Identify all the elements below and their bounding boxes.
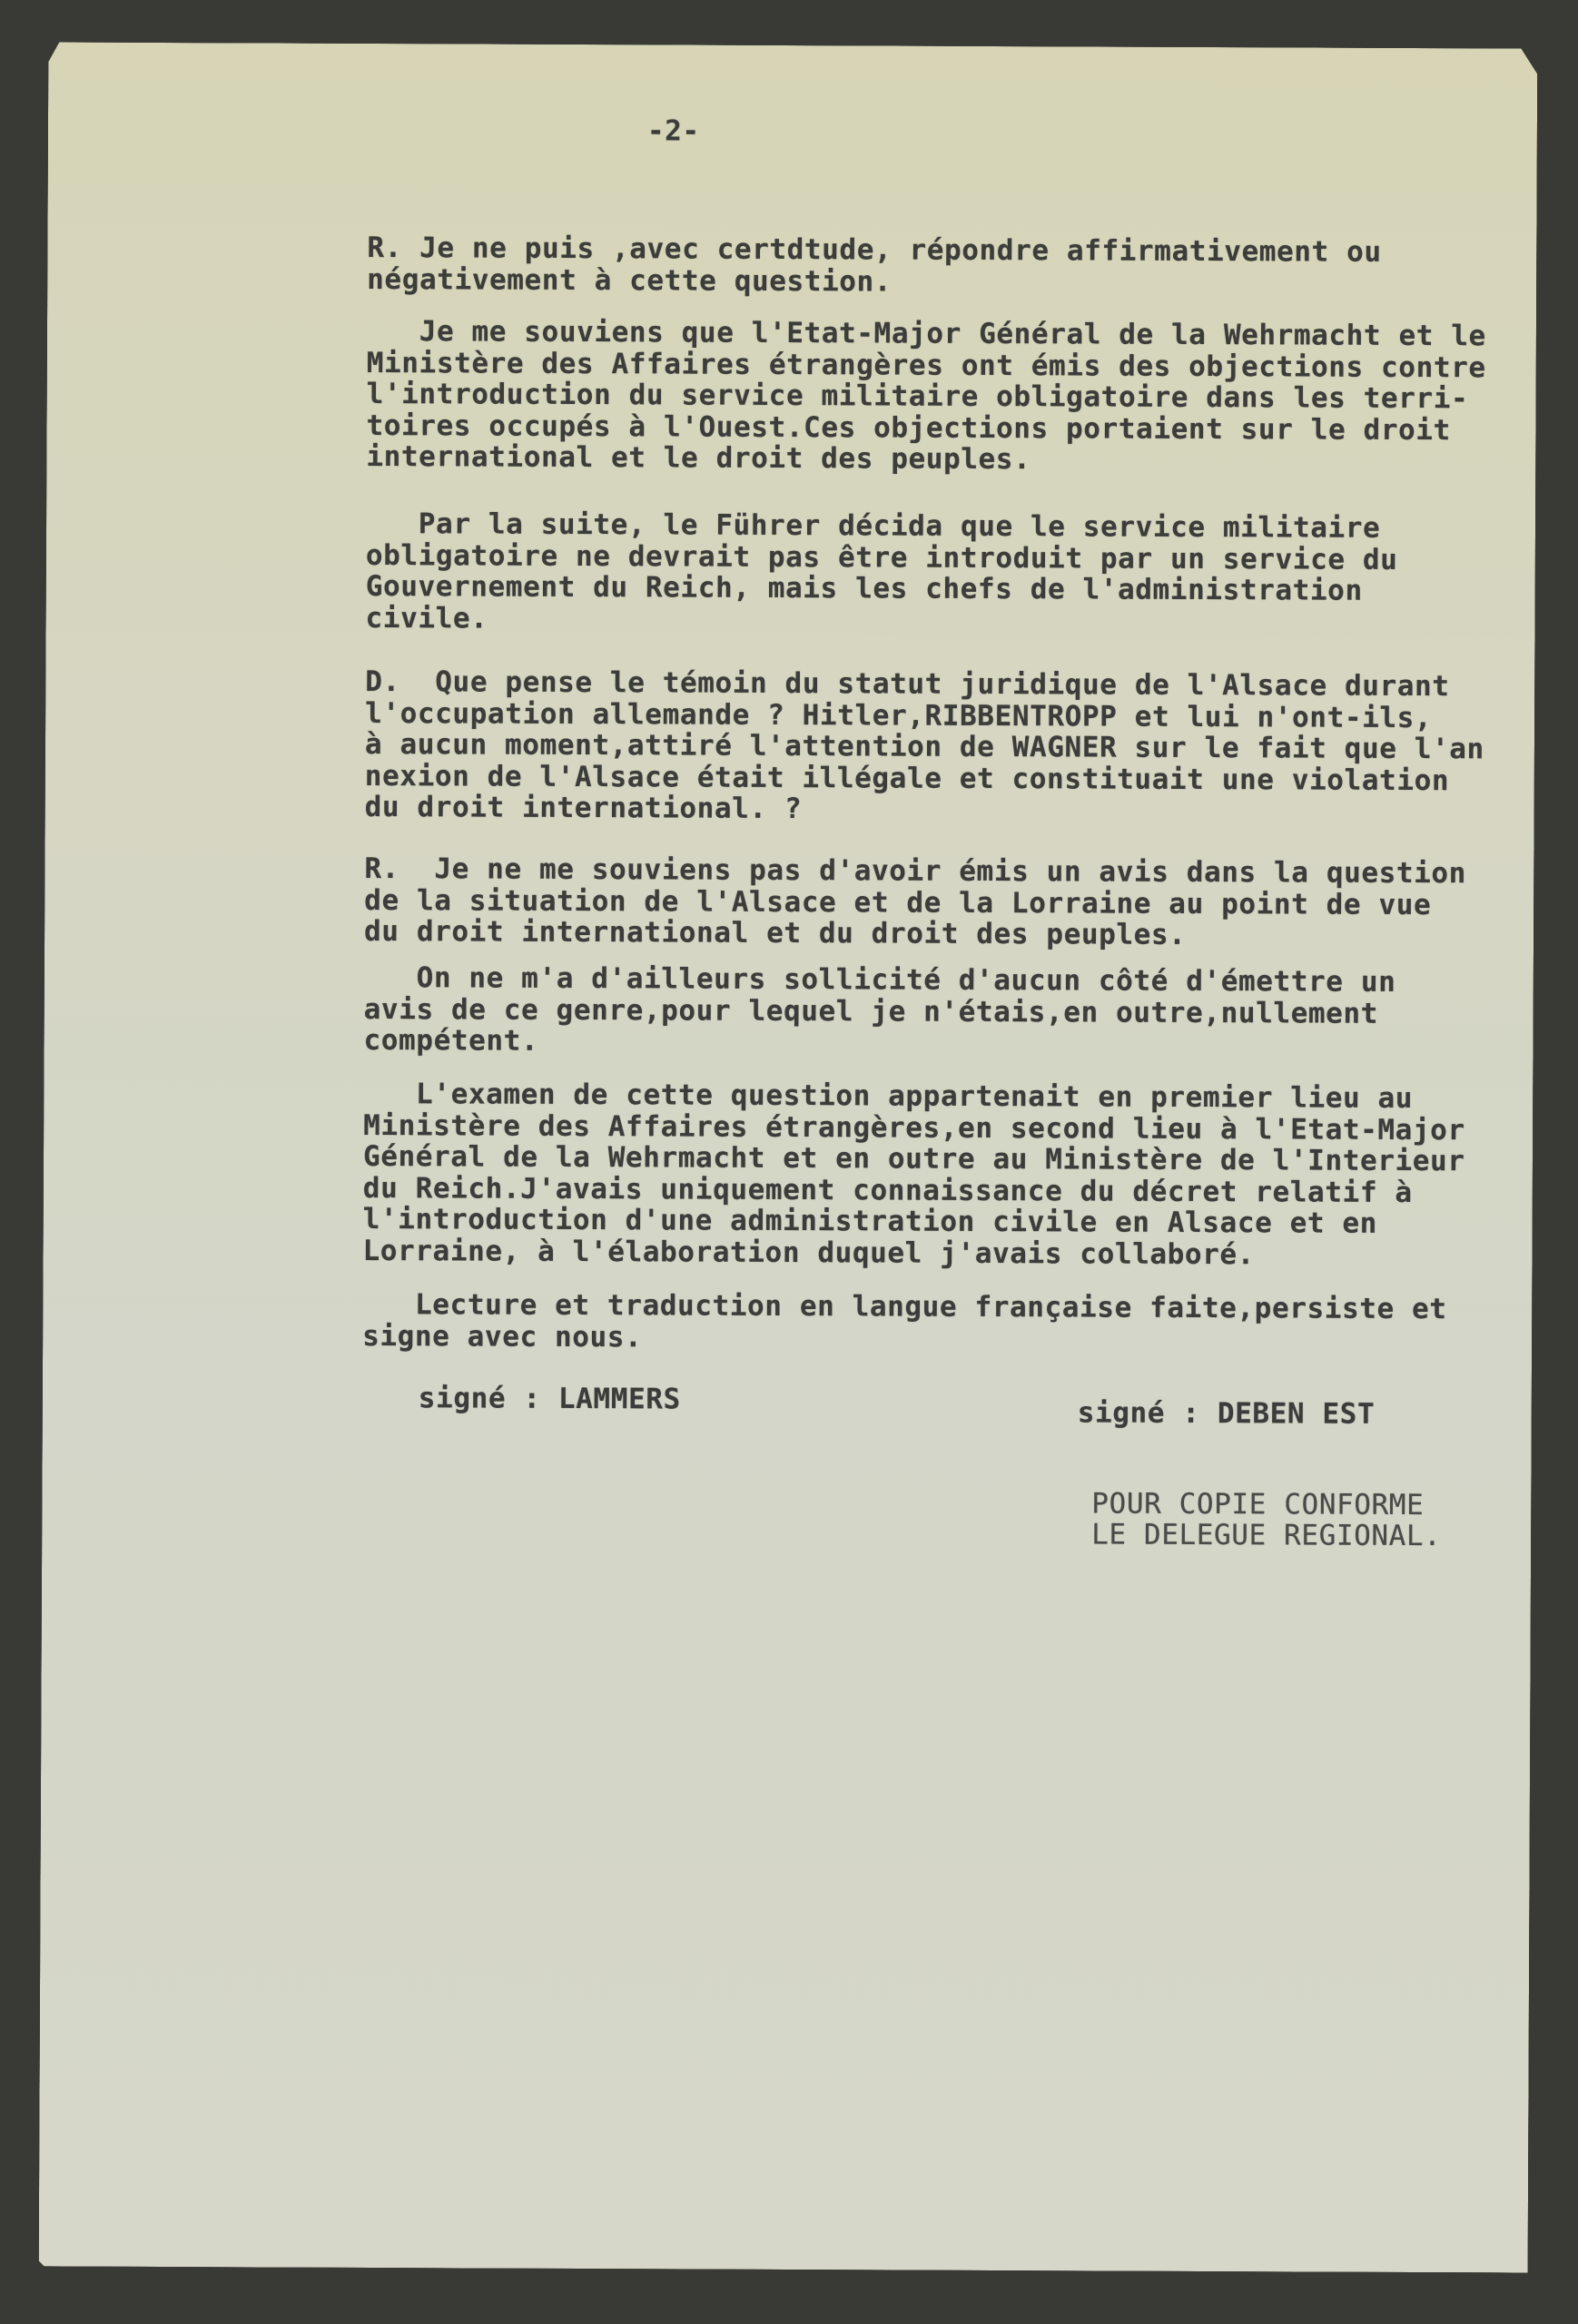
paragraph-question-d: D. Que pense le témoin du statut juridiq… (365, 666, 1485, 828)
text-line: compétent. (363, 1024, 538, 1058)
paragraph-answer-1: R. Je ne puis ,avec certdtude, répondre … (367, 232, 1382, 300)
paragraph-reading: Lecture et traduction en langue français… (362, 1289, 1447, 1356)
document-page: -2- R. Je ne puis ,avec certdtude, répon… (39, 42, 1538, 2272)
paragraph-fuhrer-decision: Par la suite, le Führer décida que le se… (366, 508, 1398, 638)
paragraph-examination: L'examen de cette question appartenait e… (362, 1078, 1465, 1271)
page-number: -2- (647, 115, 700, 147)
text-line: Lorraine, à l'élaboration duquel j'avais… (362, 1234, 1255, 1270)
certification-line-1: POUR COPIE CONFORME (1091, 1488, 1424, 1521)
paragraph-memory-objections: Je me souviens que l'Etat-Major Général … (366, 316, 1486, 478)
paragraph-not-solicited: On ne m'a d'ailleurs sollicité d'aucun c… (363, 962, 1396, 1060)
certification-line-2: LE DELEGUE REGIONAL. (1091, 1519, 1441, 1551)
signature-lammers: signé : LAMMERS (419, 1383, 681, 1415)
text-line: négativement à cette question. (367, 262, 892, 298)
text-line: civile. (366, 601, 488, 635)
signature-debenest: signé : DEBEN EST (1078, 1397, 1376, 1430)
text-line: international et le droit des peuples. (366, 440, 1031, 476)
text-line: du droit international et du droit des p… (364, 915, 1187, 951)
text-line: signe avec nous. (362, 1319, 642, 1353)
paragraph-answer-2: R. Je ne me souviens pas d'avoir émis un… (364, 853, 1466, 952)
text-line: du droit international. ? (365, 791, 803, 825)
text-line: Gouvernement du Reich, mais les chefs de… (366, 570, 1363, 607)
